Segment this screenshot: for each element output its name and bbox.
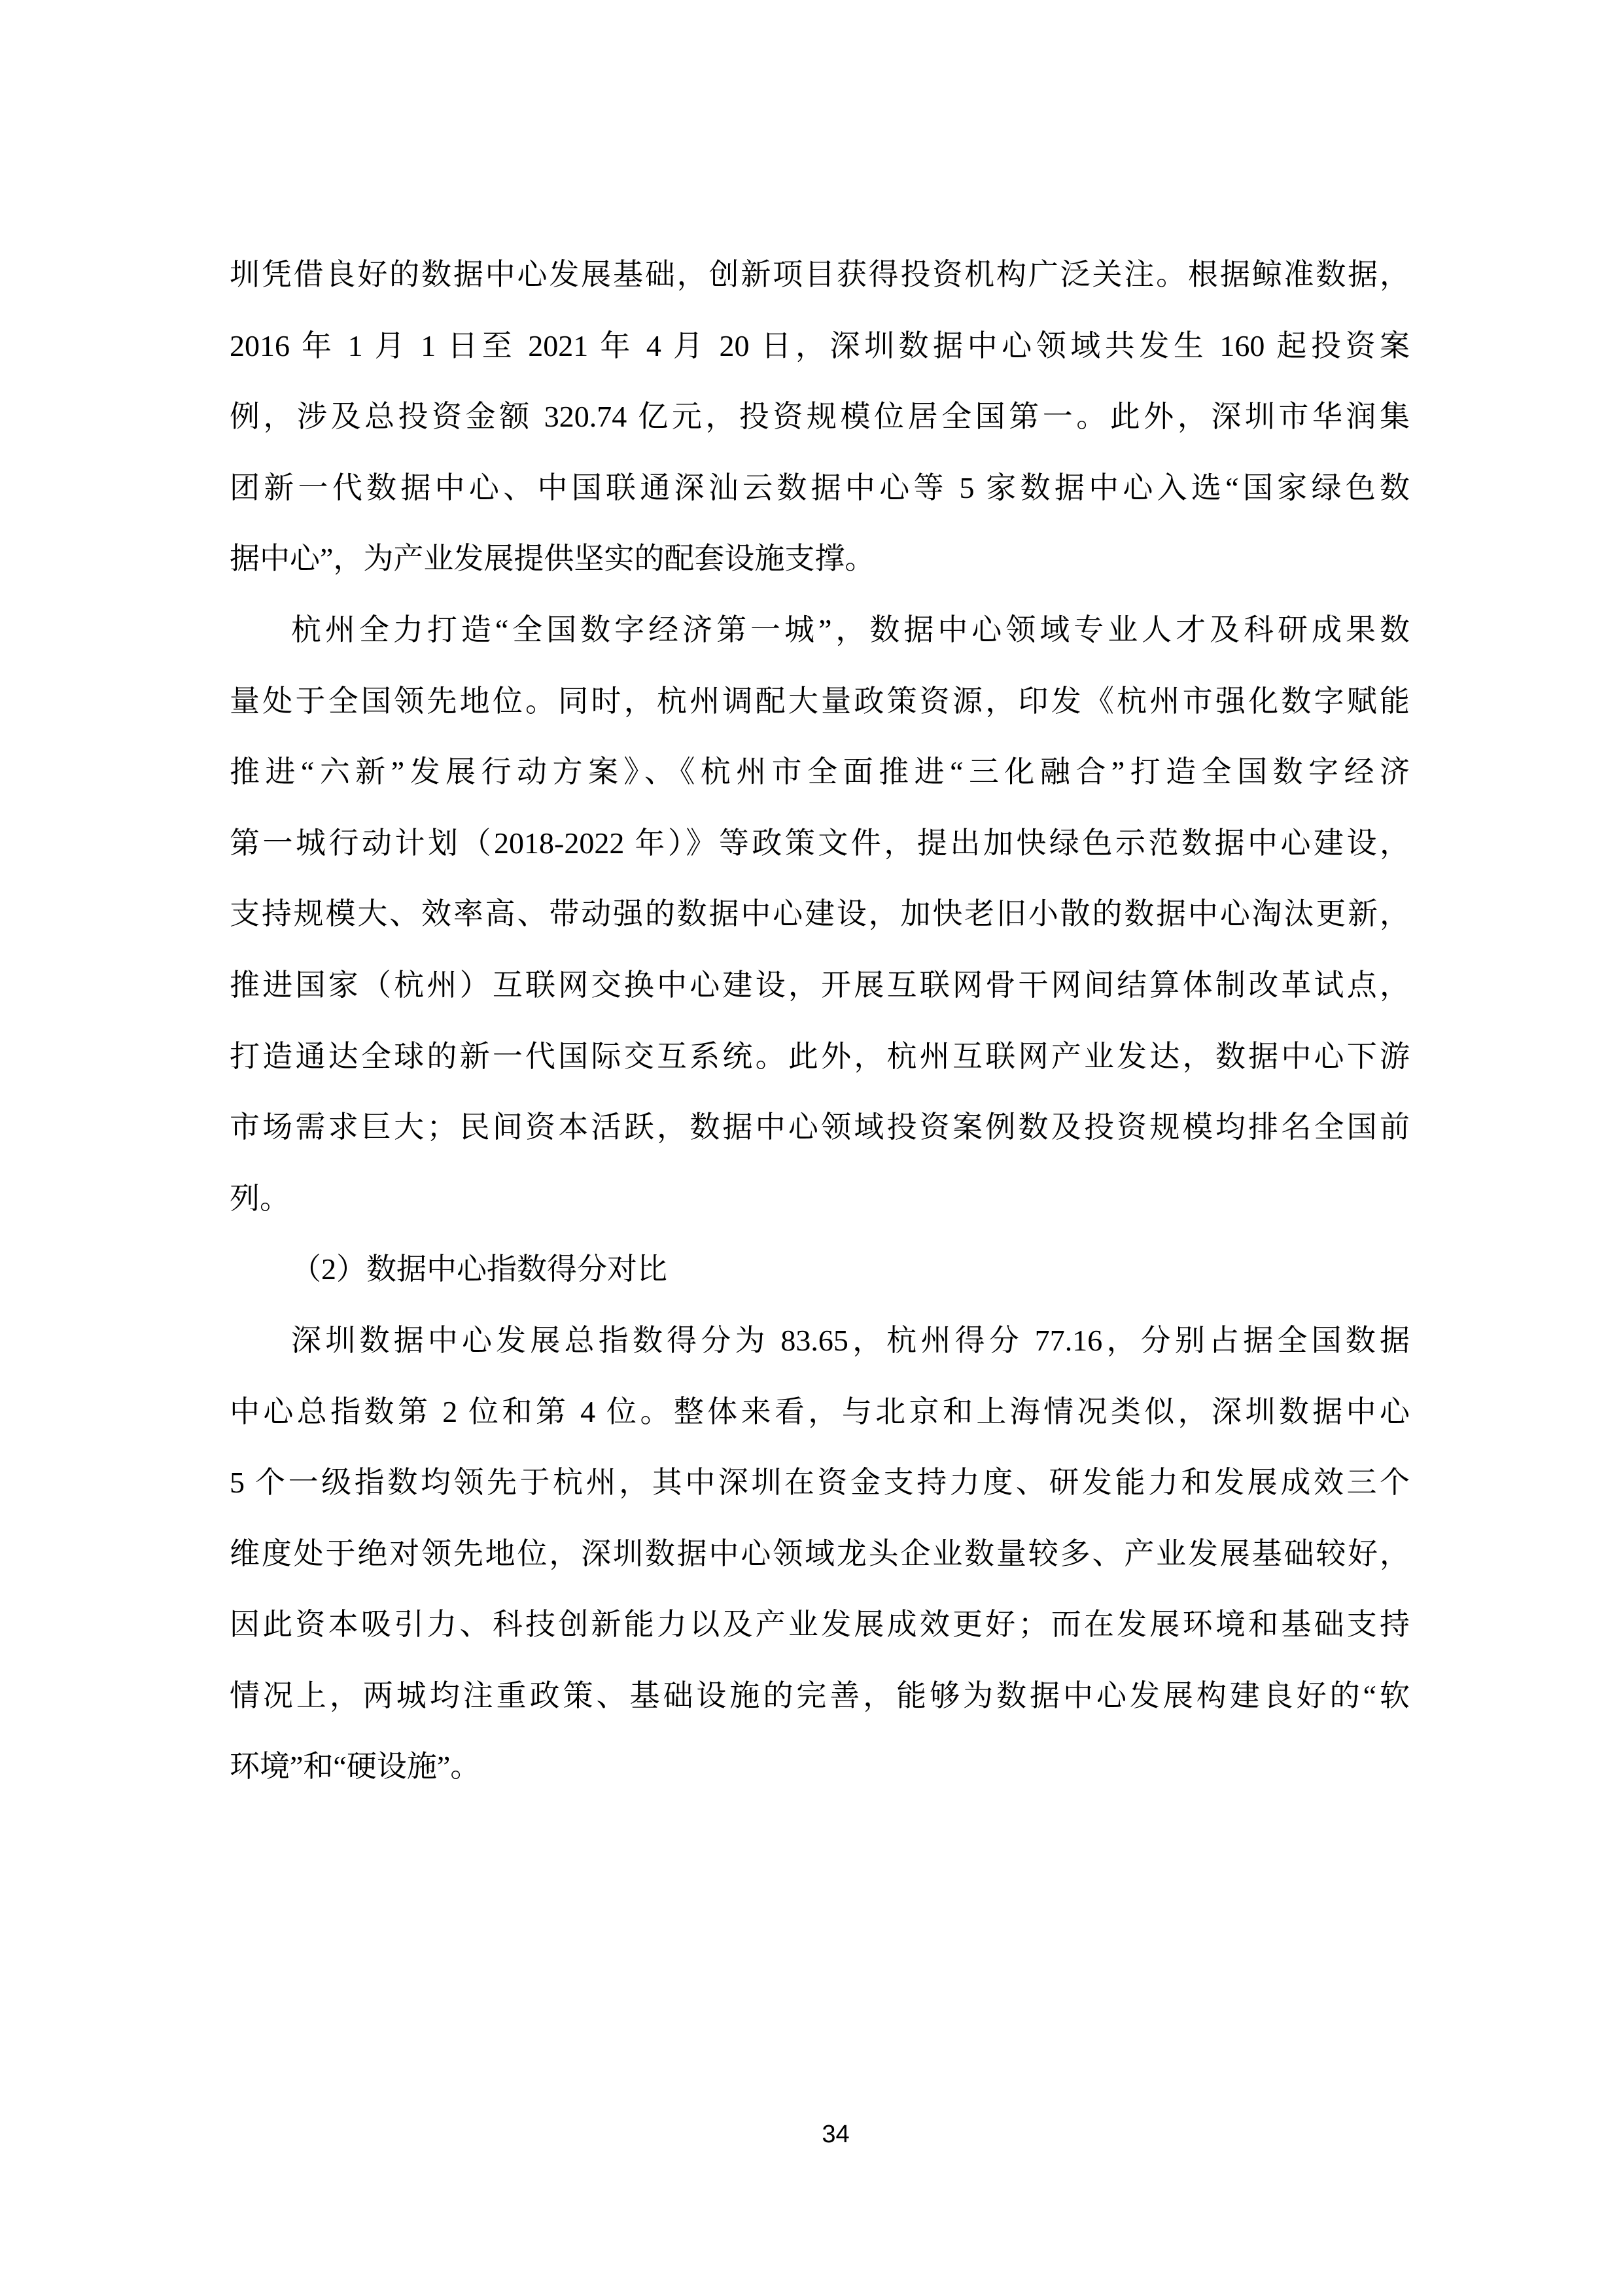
text-line: 杭州全力打造“全国数字经济第一城”，数据中心领域专业人才及科研成果数 <box>230 595 1410 666</box>
para-shenzhen-investment: 圳凭借良好的数据中心发展基础，创新项目获得投资机构广泛关注。根据鲸准数据，201… <box>230 239 1410 595</box>
text-line: 深圳数据中心发展总指数得分为 83.65，杭州得分 77.16，分别占据全国数据 <box>230 1305 1410 1377</box>
text-line: 团新一代数据中心、中国联通深汕云数据中心等 5 家数据中心入选“国家绿色数 <box>230 453 1410 524</box>
text-line: 推进国家（杭州）互联网交换中心建设，开展互联网骨干网间结算体制改革试点， <box>230 950 1410 1021</box>
document-page: 圳凭借良好的数据中心发展基础，创新项目获得投资机构广泛关注。根据鲸准数据，201… <box>0 0 1623 2296</box>
text-line: 维度处于绝对领先地位，深圳数据中心领域龙头企业数量较多、产业发展基础较好， <box>230 1519 1410 1590</box>
text-line: 推进“六新”发展行动方案》、《杭州市全面推进“三化融合”打造全国数字经济 <box>230 737 1410 808</box>
text-line: 例，涉及总投资金额 320.74 亿元，投资规模位居全国第一。此外，深圳市华润集 <box>230 381 1410 453</box>
text-line: 量处于全国领先地位。同时，杭州调配大量政策资源，印发《杭州市强化数字赋能 <box>230 666 1410 737</box>
para-hangzhou-policy: 杭州全力打造“全国数字经济第一城”，数据中心领域专业人才及科研成果数量处于全国领… <box>230 595 1410 1234</box>
text-line: 中心总指数第 2 位和第 4 位。整体来看，与北京和上海情况类似，深圳数据中心 <box>230 1377 1410 1448</box>
page-footer: 34 <box>0 2120 1623 2149</box>
text-line: 市场需求巨大；民间资本活跃，数据中心领域投资案例数及投资规模均排名全国前 <box>230 1092 1410 1163</box>
para-score-comparison: 深圳数据中心发展总指数得分为 83.65，杭州得分 77.16，分别占据全国数据… <box>230 1305 1410 1803</box>
page-number: 34 <box>822 2121 849 2148</box>
page-content: 圳凭借良好的数据中心发展基础，创新项目获得投资机构广泛关注。根据鲸准数据，201… <box>230 239 1410 1803</box>
text-line: 因此资本吸引力、科技创新能力以及产业发展成效更好；而在发展环境和基础支持 <box>230 1589 1410 1661</box>
text-line: 据中心”，为产业发展提供坚实的配套设施支撑。 <box>230 523 1410 595</box>
text-line: 情况上，两城均注重政策、基础设施的完善，能够为数据中心发展构建良好的“软 <box>230 1661 1410 1732</box>
text-line: 环境”和“硬设施”。 <box>230 1731 1410 1803</box>
text-line: 列。 <box>230 1163 1410 1235</box>
text-line: 2016 年 1 月 1 日至 2021 年 4 月 20 日，深圳数据中心领域… <box>230 311 1410 382</box>
text-line: 圳凭借良好的数据中心发展基础，创新项目获得投资机构广泛关注。根据鲸准数据， <box>230 239 1410 311</box>
text-line: 支持规模大、效率高、带动强的数据中心建设，加快老旧小散的数据中心淘汰更新， <box>230 879 1410 950</box>
heading-index-score-comparison: （2）数据中心指数得分对比 <box>230 1234 1410 1305</box>
text-line: （2）数据中心指数得分对比 <box>230 1234 1410 1305</box>
text-line: 打造通达全球的新一代国际交互系统。此外，杭州互联网产业发达，数据中心下游 <box>230 1021 1410 1093</box>
text-line: 5 个一级指数均领先于杭州，其中深圳在资金支持力度、研发能力和发展成效三个 <box>230 1447 1410 1519</box>
text-line: 第一城行动计划（2018-2022 年）》等政策文件，提出加快绿色示范数据中心建… <box>230 808 1410 879</box>
